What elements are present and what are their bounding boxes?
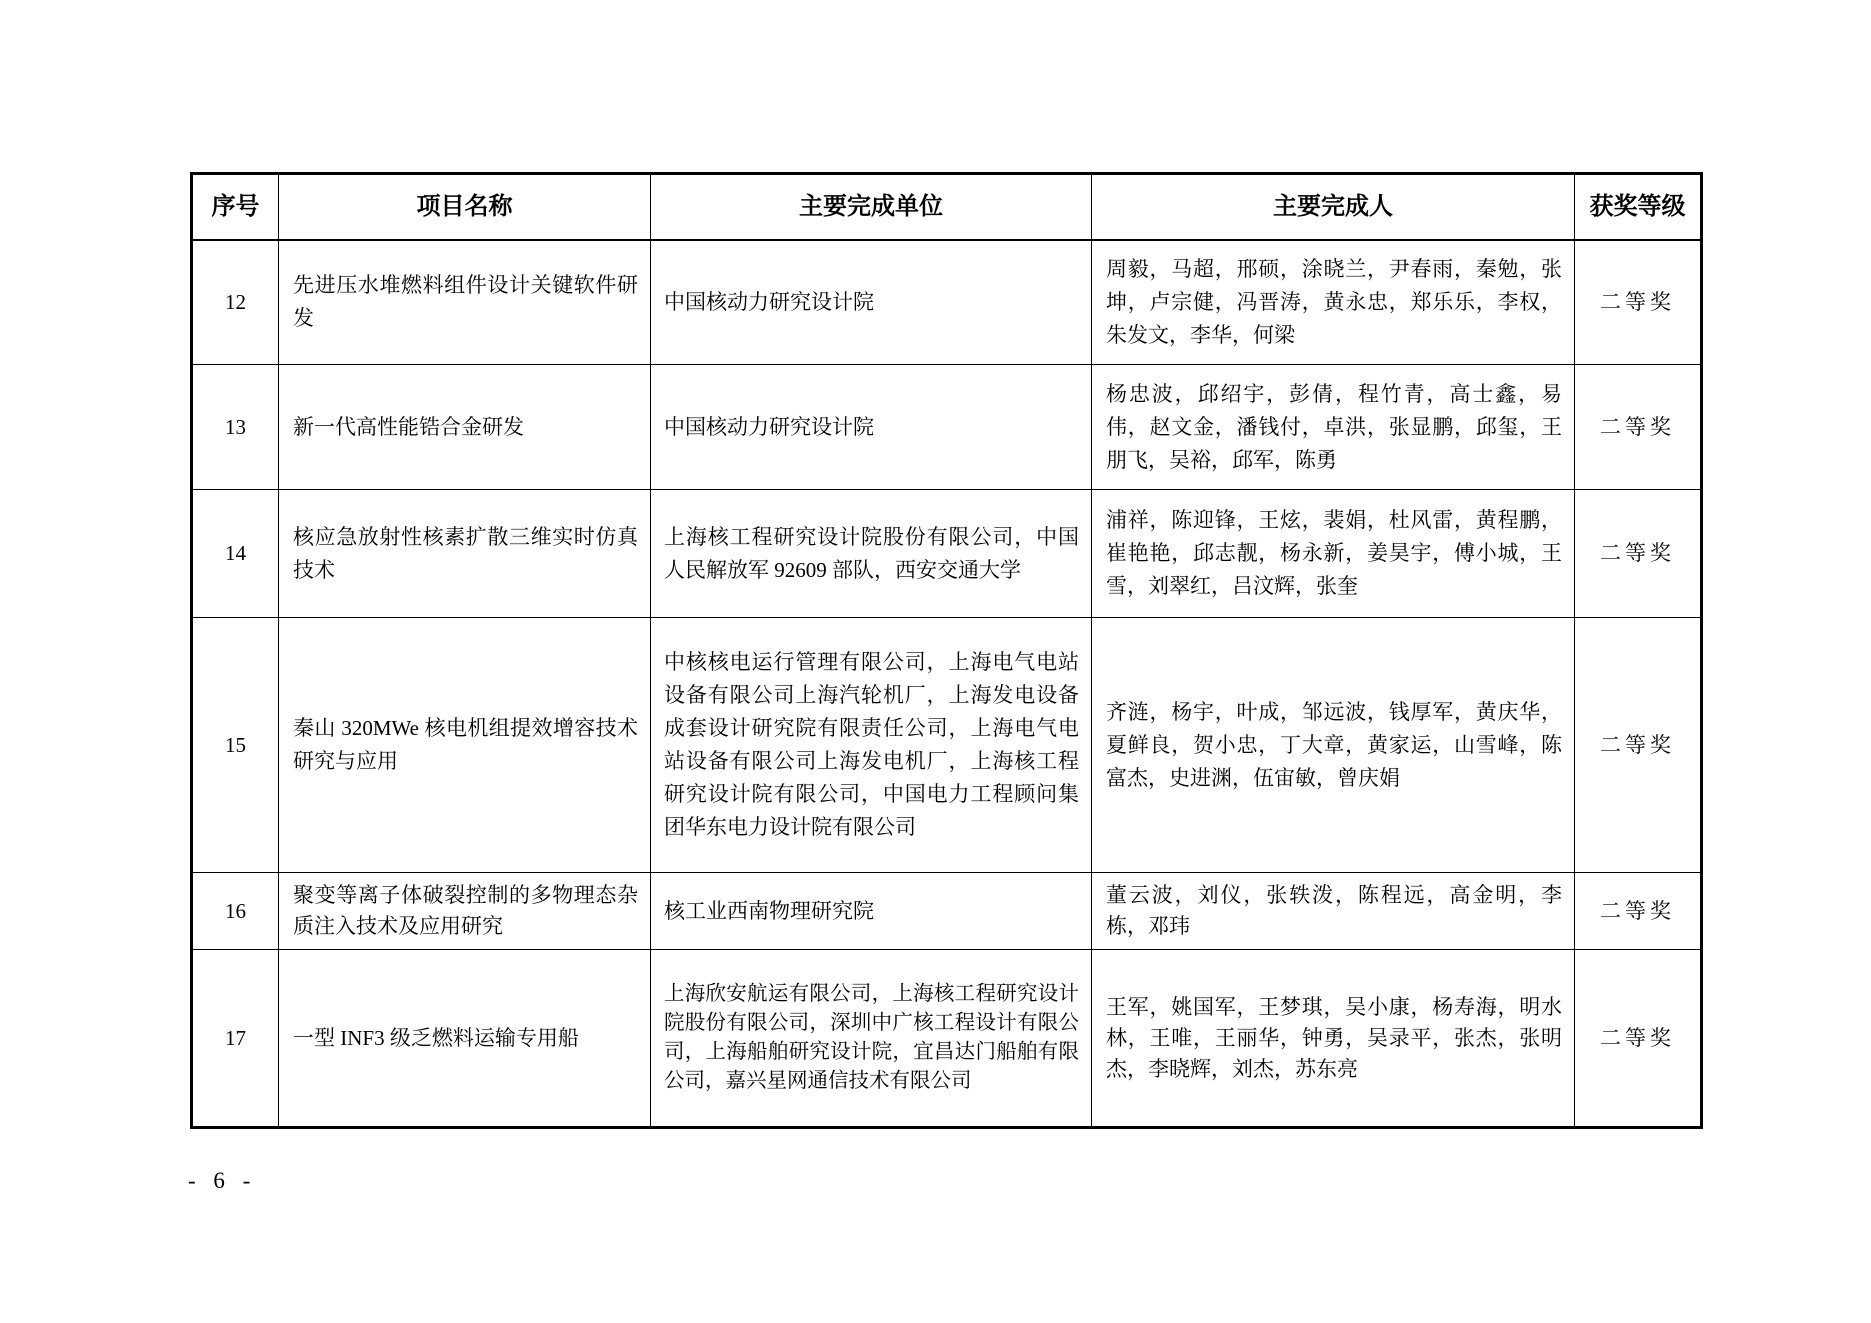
cell-completing-people: 浦祥，陈迎锋，王炫，裴娟，杜风雷，黄程鹏，崔艳艳，邱志靓，杨永新，姜昊宇，傅小城… — [1092, 490, 1575, 618]
cell-row-number: 14 — [192, 490, 279, 618]
cell-award-level: 二等奖 — [1575, 950, 1702, 1128]
cell-completing-people: 周毅，马超，邢硕，涂晓兰，尹春雨，秦勉，张坤，卢宗健，冯晋涛，黄永忠，郑乐乐，李… — [1092, 240, 1575, 365]
cell-award-level: 二等奖 — [1575, 240, 1702, 365]
table-row: 16 聚变等离子体破裂控制的多物理态杂质注入技术及应用研究 核工业西南物理研究院… — [192, 873, 1702, 950]
cell-row-number: 12 — [192, 240, 279, 365]
cell-row-number: 13 — [192, 365, 279, 490]
cell-completing-units: 中国核动力研究设计院 — [651, 365, 1092, 490]
awards-table: 序号 项目名称 主要完成单位 主要完成人 获奖等级 12 先进压水堆燃料组件设计… — [190, 172, 1703, 1129]
table-row: 15 秦山 320MWe 核电机组提效增容技术研究与应用 中核核电运行管理有限公… — [192, 618, 1702, 873]
col-header-people: 主要完成人 — [1092, 174, 1575, 240]
cell-project-name: 一型 INF3 级乏燃料运输专用船 — [279, 950, 651, 1128]
cell-completing-people: 董云波，刘仪，张轶泼，陈程远，高金明，李栋，邓玮 — [1092, 873, 1575, 950]
document-page: 序号 项目名称 主要完成单位 主要完成人 获奖等级 12 先进压水堆燃料组件设计… — [0, 0, 1871, 1323]
cell-completing-units: 上海欣安航运有限公司，上海核工程研究设计院股份有限公司，深圳中广核工程设计有限公… — [651, 950, 1092, 1128]
cell-completing-units: 上海核工程研究设计院股份有限公司，中国人民解放军 92609 部队，西安交通大学 — [651, 490, 1092, 618]
cell-project-name: 核应急放射性核素扩散三维实时仿真技术 — [279, 490, 651, 618]
cell-completing-people: 杨忠波，邱绍宇，彭倩，程竹青，高士鑫，易伟，赵文金，潘钱付，卓洪，张显鹏，邱玺，… — [1092, 365, 1575, 490]
cell-completing-people: 齐涟，杨宇，叶成，邹远波，钱厚军，黄庆华，夏鲜良，贺小忠，丁大章，黄家运，山雪峰… — [1092, 618, 1575, 873]
col-header-award: 获奖等级 — [1575, 174, 1702, 240]
cell-completing-units: 中核核电运行管理有限公司，上海电气电站设备有限公司上海汽轮机厂，上海发电设备成套… — [651, 618, 1092, 873]
table-header-row: 序号 项目名称 主要完成单位 主要完成人 获奖等级 — [192, 174, 1702, 240]
col-header-units: 主要完成单位 — [651, 174, 1092, 240]
cell-project-name: 先进压水堆燃料组件设计关键软件研发 — [279, 240, 651, 365]
cell-project-name: 秦山 320MWe 核电机组提效增容技术研究与应用 — [279, 618, 651, 873]
page-number: - 6 - — [188, 1168, 256, 1194]
cell-award-level: 二等奖 — [1575, 873, 1702, 950]
cell-project-name: 聚变等离子体破裂控制的多物理态杂质注入技术及应用研究 — [279, 873, 651, 950]
cell-award-level: 二等奖 — [1575, 490, 1702, 618]
cell-award-level: 二等奖 — [1575, 365, 1702, 490]
table-row: 13 新一代高性能锆合金研发 中国核动力研究设计院 杨忠波，邱绍宇，彭倩，程竹青… — [192, 365, 1702, 490]
cell-completing-people: 王军，姚国军，王梦琪，吴小康，杨寿海，明水林，王唯，王丽华，钟勇，吴录平，张杰，… — [1092, 950, 1575, 1128]
table-row: 12 先进压水堆燃料组件设计关键软件研发 中国核动力研究设计院 周毅，马超，邢硕… — [192, 240, 1702, 365]
cell-project-name: 新一代高性能锆合金研发 — [279, 365, 651, 490]
cell-completing-units: 中国核动力研究设计院 — [651, 240, 1092, 365]
table-row: 14 核应急放射性核素扩散三维实时仿真技术 上海核工程研究设计院股份有限公司，中… — [192, 490, 1702, 618]
cell-award-level: 二等奖 — [1575, 618, 1702, 873]
cell-row-number: 16 — [192, 873, 279, 950]
col-header-no: 序号 — [192, 174, 279, 240]
table-row: 17 一型 INF3 级乏燃料运输专用船 上海欣安航运有限公司，上海核工程研究设… — [192, 950, 1702, 1128]
cell-completing-units: 核工业西南物理研究院 — [651, 873, 1092, 950]
cell-row-number: 17 — [192, 950, 279, 1128]
cell-row-number: 15 — [192, 618, 279, 873]
col-header-project: 项目名称 — [279, 174, 651, 240]
